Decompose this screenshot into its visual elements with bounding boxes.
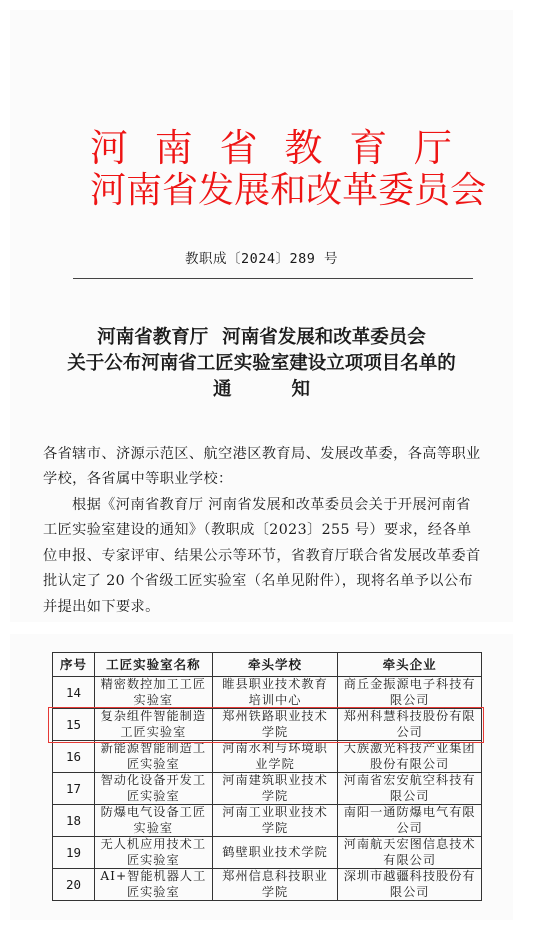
cell-no: 20 bbox=[53, 869, 95, 901]
document-page-attachment-table: 序号 工匠实验室名称 牵头学校 牵头企业 14 精密数控加工工匠实验室 睢县职业… bbox=[10, 634, 513, 920]
addressee-paragraph: 各省辖市、济源示范区、航空港区教育局、发展改革委，各高等职业学校，各省属中等职业… bbox=[43, 442, 483, 493]
title-issuer-1: 河南省教育厅 bbox=[97, 327, 208, 348]
table-row: 16 新能源智能制造工匠实验室 河南水利与环境职业学院 大族激光科技产业集团股份… bbox=[53, 741, 482, 773]
cell-school: 郑州信息科技职业学院 bbox=[212, 869, 338, 901]
red-header-char: 展 bbox=[234, 170, 270, 212]
title-char: 通 bbox=[213, 377, 232, 403]
cell-lab-name: 精密数控加工工匠实验室 bbox=[94, 677, 212, 709]
cell-school: 睢县职业技术教育培训中心 bbox=[212, 677, 338, 709]
red-header-char: 省 bbox=[220, 127, 258, 169]
cell-no: 15 bbox=[53, 709, 95, 741]
cell-company: 深圳市越疆科技股份有限公司 bbox=[338, 869, 482, 901]
cell-no: 17 bbox=[53, 773, 95, 805]
cell-lab-name: 智动化设备开发工匠实验室 bbox=[94, 773, 212, 805]
addressee-text: 各省辖市、济源示范区、航空港区教育局、发展改革委，各高等职业学校，各省属中等职业… bbox=[43, 442, 483, 493]
red-header-char: 南 bbox=[126, 170, 162, 212]
cell-company: 商丘金振源电子科技有限公司 bbox=[338, 677, 482, 709]
red-header-char: 育 bbox=[349, 127, 387, 169]
title-line1: 河南省教育厅河南省发展和改革委员会 bbox=[10, 325, 513, 351]
red-header-char: 河 bbox=[90, 170, 126, 212]
cell-lab-name: 复杂组件智能制造工匠实验室 bbox=[94, 709, 212, 741]
red-header-char: 教 bbox=[284, 127, 322, 169]
cell-lab-name: 新能源智能制造工匠实验室 bbox=[94, 741, 212, 773]
cell-school: 郑州铁路职业技术学院 bbox=[212, 709, 338, 741]
red-header-char: 南 bbox=[155, 127, 193, 169]
main-text: 根据《河南省教育厅 河南省发展和改革委员会关于开展河南省工匠实验室建设的通知》（… bbox=[43, 493, 483, 620]
table-row: 20 AI+智能机器人工匠实验室 郑州信息科技职业学院 深圳市越疆科技股份有限公… bbox=[53, 869, 482, 901]
table-row: 19 无人机应用技术工匠实验室 鹤壁职业技术学院 河南航天宏图信息技术有限公司 bbox=[53, 837, 482, 869]
red-header-char: 厅 bbox=[414, 127, 452, 169]
table-row: 17 智动化设备开发工匠实验室 河南建筑职业技术学院 河南省宏安航空科技有限公司 bbox=[53, 773, 482, 805]
red-header-char: 和 bbox=[270, 170, 306, 212]
cell-no: 14 bbox=[53, 677, 95, 709]
red-header-char: 会 bbox=[450, 170, 486, 212]
column-header-no: 序号 bbox=[53, 653, 95, 677]
column-header-company: 牵头企业 bbox=[338, 653, 482, 677]
cell-company: 大族激光科技产业集团股份有限公司 bbox=[338, 741, 482, 773]
cell-company: 南阳一通防爆电气有限公司 bbox=[338, 805, 482, 837]
main-paragraph: 根据《河南省教育厅 河南省发展和改革委员会关于开展河南省工匠实验室建设的通知》（… bbox=[43, 493, 483, 620]
cell-company: 河南省宏安航空科技有限公司 bbox=[338, 773, 482, 805]
red-header-char: 发 bbox=[198, 170, 234, 212]
document-number: 教职成〔2024〕289 号 bbox=[10, 247, 513, 267]
title-char: 知 bbox=[292, 377, 311, 403]
column-header-lab-name: 工匠实验室名称 bbox=[94, 653, 212, 677]
cell-no: 19 bbox=[53, 837, 95, 869]
title-line3: 通知 bbox=[10, 377, 513, 403]
red-header-char: 委 bbox=[378, 170, 414, 212]
cell-no: 18 bbox=[53, 805, 95, 837]
header-divider bbox=[73, 278, 473, 279]
cell-lab-name: 防爆电气设备工匠实验室 bbox=[94, 805, 212, 837]
table-row: 14 精密数控加工工匠实验室 睢县职业技术教育培训中心 商丘金振源电子科技有限公… bbox=[53, 677, 482, 709]
table-row: 18 防爆电气设备工匠实验室 河南工业职业技术学院 南阳一通防爆电气有限公司 bbox=[53, 805, 482, 837]
red-header-char: 员 bbox=[414, 170, 450, 212]
title-issuer-2: 河南省发展和改革委员会 bbox=[222, 327, 426, 348]
red-header-line1: 河 南 省 教 育 厅 bbox=[90, 127, 452, 169]
lab-list-table: 序号 工匠实验室名称 牵头学校 牵头企业 14 精密数控加工工匠实验室 睢县职业… bbox=[52, 652, 482, 901]
title-line2: 关于公布河南省工匠实验室建设立项项目名单的 bbox=[10, 351, 513, 377]
table-header-row: 序号 工匠实验室名称 牵头学校 牵头企业 bbox=[53, 653, 482, 677]
table-row-highlighted: 15 复杂组件智能制造工匠实验室 郑州铁路职业技术学院 郑州科慧科技股份有限公司 bbox=[53, 709, 482, 741]
cell-company: 河南航天宏图信息技术有限公司 bbox=[338, 837, 482, 869]
red-header-char: 革 bbox=[342, 170, 378, 212]
document-page-notice: 河 南 省 教 育 厅 河 南 省 发 展 和 改 革 委 员 会 教职成〔20… bbox=[10, 10, 513, 622]
cell-no: 16 bbox=[53, 741, 95, 773]
cell-school: 河南建筑职业技术学院 bbox=[212, 773, 338, 805]
cell-school: 鹤壁职业技术学院 bbox=[212, 837, 338, 869]
cell-company: 郑州科慧科技股份有限公司 bbox=[338, 709, 482, 741]
red-header-line2: 河 南 省 发 展 和 改 革 委 员 会 bbox=[90, 170, 452, 212]
red-header-char: 河 bbox=[90, 127, 128, 169]
cell-school: 河南水利与环境职业学院 bbox=[212, 741, 338, 773]
cell-lab-name: 无人机应用技术工匠实验室 bbox=[94, 837, 212, 869]
red-header-char: 改 bbox=[306, 170, 342, 212]
cell-lab-name: AI+智能机器人工匠实验室 bbox=[94, 869, 212, 901]
cell-school: 河南工业职业技术学院 bbox=[212, 805, 338, 837]
red-header-char: 省 bbox=[162, 170, 198, 212]
column-header-school: 牵头学校 bbox=[212, 653, 338, 677]
